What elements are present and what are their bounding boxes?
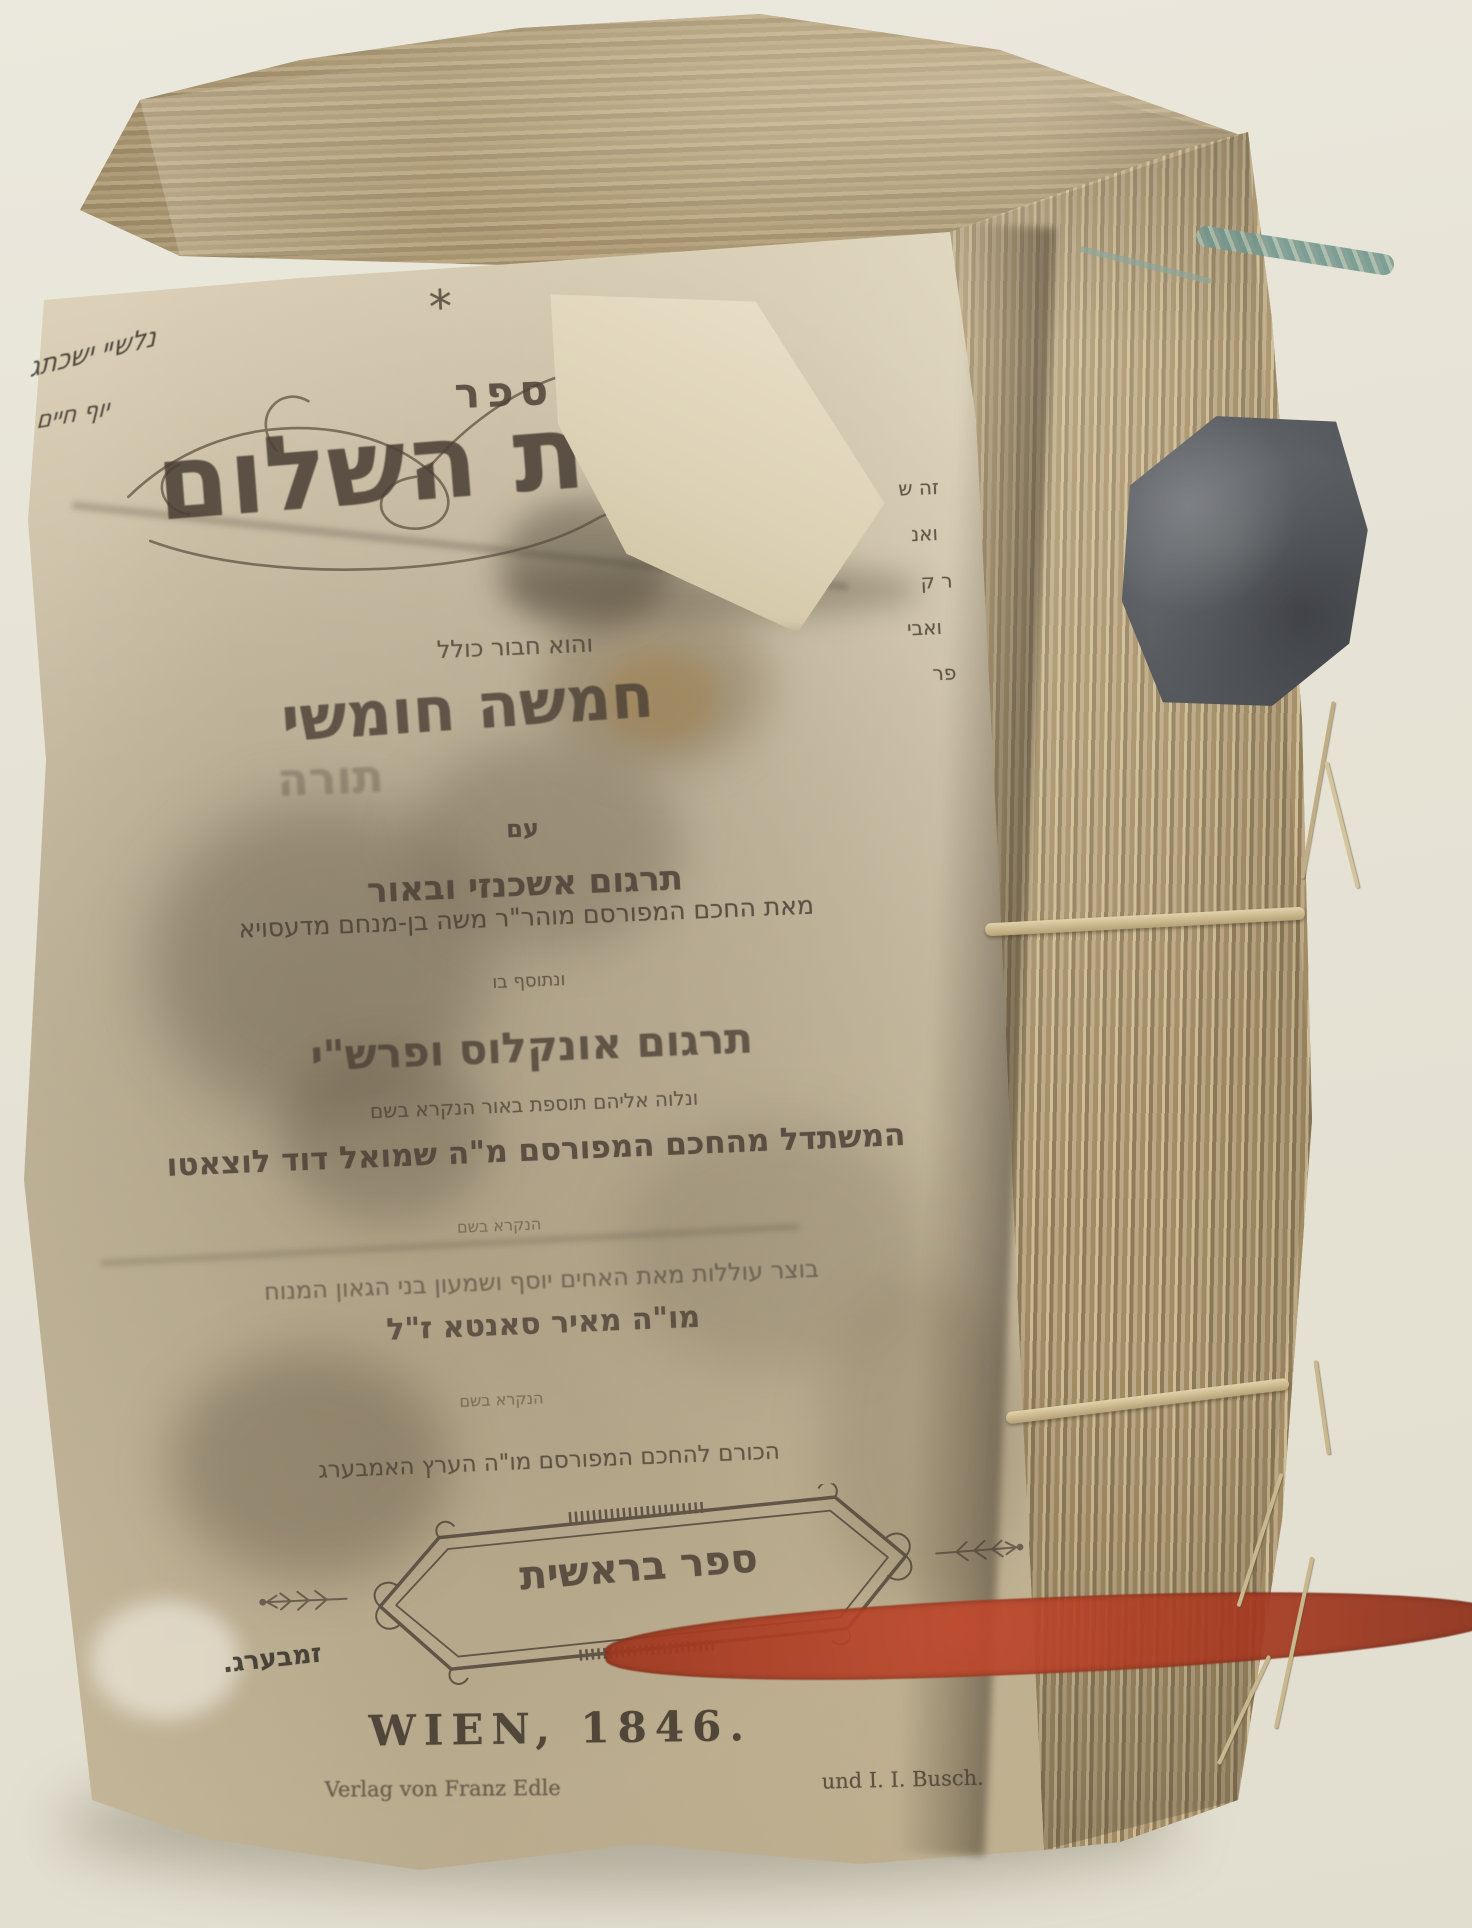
underpage-text-fragment: ואנ bbox=[864, 519, 985, 548]
line-venitosaf: ונתוסף בו bbox=[79, 952, 979, 1011]
line-targum-onkelos-rashi: תרגום אונקלוס ופרש"י bbox=[81, 1004, 982, 1091]
subtitle-torah-faded: תורה bbox=[189, 745, 471, 811]
line-hanikra-2: הנקרא בשם bbox=[51, 1371, 951, 1428]
leaf-sprig-left bbox=[254, 1579, 351, 1623]
handwritten-margin-note: זמבערג. bbox=[161, 1632, 383, 1686]
frayed-thread bbox=[1324, 761, 1359, 888]
imprint-publisher-left: Verlag von Franz Edle bbox=[213, 1775, 673, 1802]
imprint-city-year: WIEN, 1846. bbox=[110, 1698, 1011, 1760]
photo-antique-book: * ספר בית השלום והוא חבור כולל חמשה חומש… bbox=[0, 0, 1472, 1928]
leaf-sprig-right bbox=[932, 1527, 1030, 1574]
underpage-text-fragment: פר bbox=[884, 658, 1005, 687]
underpage-text-fragment: ואבי bbox=[864, 613, 985, 642]
line-hanikra-1: הנקרא בשם bbox=[49, 1197, 949, 1254]
title-star-ornament: * bbox=[380, 277, 502, 336]
frayed-thread bbox=[1313, 1360, 1330, 1455]
